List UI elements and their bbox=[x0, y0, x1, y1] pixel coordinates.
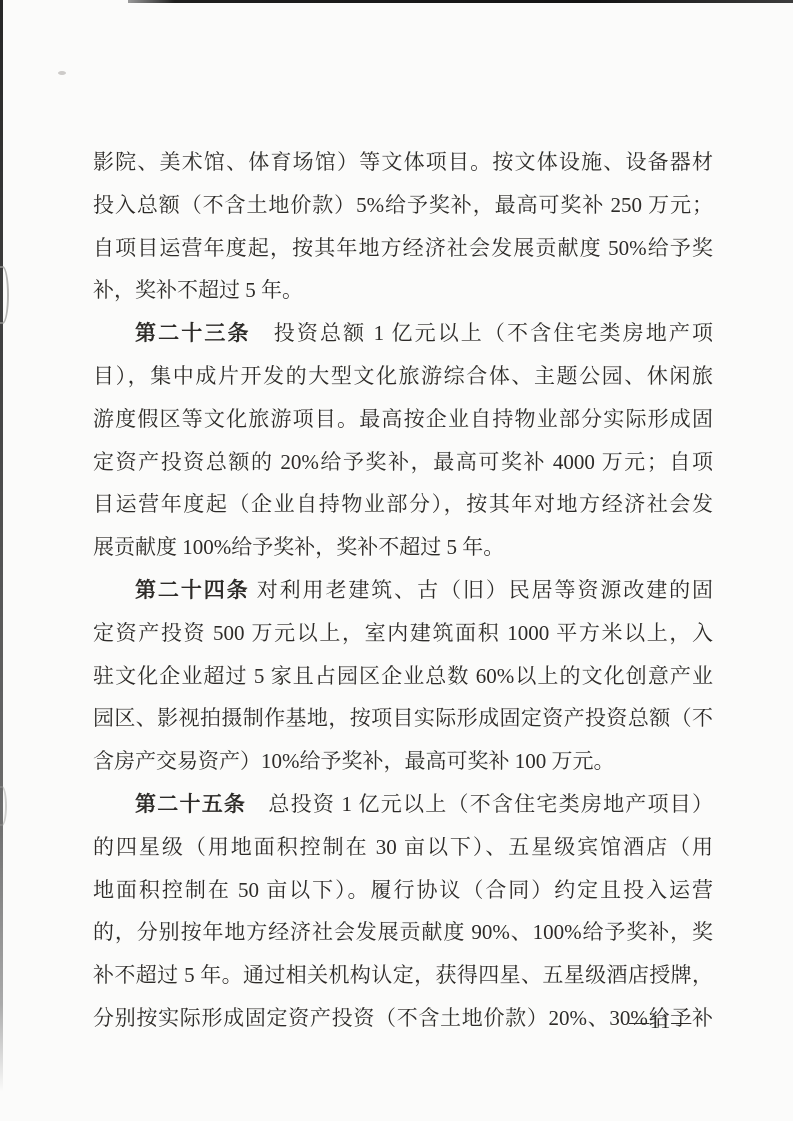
text-line: 影院、美术馆、体育场馆）等文体项目。按文体设施、设备器材 bbox=[93, 141, 713, 184]
scan-artifact-left-edge bbox=[0, 0, 3, 1092]
text-line: 园区、影视拍摄制作基地，按项目实际形成固定资产投资总额（不 bbox=[93, 697, 713, 740]
line-text: 自项目运营年度起，按其年地方经济社会发展贡献度 50%给予奖 bbox=[93, 236, 713, 260]
line-text: 补，奖补不超过 5 年。 bbox=[93, 278, 303, 302]
line-text: 分别按实际形成固定资产投资（不含土地价款）20%、30%给予补 bbox=[93, 1006, 713, 1030]
text-line: 游度假区等文化旅游项目。最高按企业自持物业部分实际形成固 bbox=[93, 398, 713, 441]
line-text: 对利用老建筑、古（旧）民居等资源改建的固 bbox=[250, 578, 713, 602]
line-text: 定资产投资总额的 20%给予奖补，最高可奖补 4000 万元；自项 bbox=[93, 450, 713, 474]
line-text: 地面积控制在 50 亩以下）。履行协议（合同）约定且投入运营 bbox=[93, 878, 713, 902]
article-number: 第二十五条 bbox=[135, 792, 246, 816]
scan-artifact-top-edge bbox=[128, 0, 793, 3]
line-text: 补不超过 5 年。通过相关机构认定，获得四星、五星级酒店授牌， bbox=[93, 963, 713, 987]
text-line: 展贡献度 100%给予奖补，奖补不超过 5 年。 bbox=[93, 526, 713, 569]
line-text: 投入总额（不含土地价款）5%给予奖补，最高可奖补 250 万元； bbox=[93, 193, 713, 217]
text-line: 地面积控制在 50 亩以下）。履行协议（合同）约定且投入运营 bbox=[93, 869, 713, 912]
text-line: 驻文化企业超过 5 家且占园区企业总数 60%以上的文化创意产业 bbox=[93, 655, 713, 698]
text-line: 自项目运营年度起，按其年地方经济社会发展贡献度 50%给予奖 bbox=[93, 227, 713, 270]
line-text: 定资产投资 500 万元以上，室内建筑面积 1000 平方米以上，入 bbox=[93, 621, 713, 645]
text-line: 第二十五条 总投资 1 亿元以上（不含住宅类房地产项目） bbox=[93, 783, 713, 826]
text-line: 定资产投资总额的 20%给予奖补，最高可奖补 4000 万元；自项 bbox=[93, 441, 713, 484]
text-line: 定资产投资 500 万元以上，室内建筑面积 1000 平方米以上，入 bbox=[93, 612, 713, 655]
text-line: 第二十三条 投资总额 1 亿元以上（不含住宅类房地产项 bbox=[93, 312, 713, 355]
line-text: 的，分别按年地方经济社会发展贡献度 90%、100%给予奖补，奖 bbox=[93, 920, 713, 944]
text-line: 第二十四条 对利用老建筑、古（旧）民居等资源改建的固 bbox=[93, 569, 713, 612]
article-number: 第二十三条 bbox=[135, 321, 251, 345]
line-text: 展贡献度 100%给予奖补，奖补不超过 5 年。 bbox=[93, 535, 504, 559]
line-text: 驻文化企业超过 5 家且占园区企业总数 60%以上的文化创意产业 bbox=[93, 664, 713, 688]
text-line: 含房产交易资产）10%给予奖补，最高可奖补 100 万元。 bbox=[93, 740, 713, 783]
document-page: 影院、美术馆、体育场馆）等文体项目。按文体设施、设备器材投入总额（不含土地价款）… bbox=[0, 0, 793, 1121]
line-text: 目运营年度起（企业自持物业部分），按其年对地方经济社会发 bbox=[93, 492, 713, 516]
article-number: 第二十四条 bbox=[135, 578, 250, 602]
line-text: 总投资 1 亿元以上（不含住宅类房地产项目） bbox=[246, 792, 713, 816]
scan-artifact-blob bbox=[0, 786, 7, 826]
text-line: 分别按实际形成固定资产投资（不含土地价款）20%、30%给予补 bbox=[93, 997, 713, 1040]
text-line: 目），集中成片开发的大型文化旅游综合体、主题公园、休闲旅 bbox=[93, 355, 713, 398]
page-number: —11— bbox=[629, 1011, 692, 1034]
line-text: 园区、影视拍摄制作基地，按项目实际形成固定资产投资总额（不 bbox=[93, 706, 713, 730]
line-text: 影院、美术馆、体育场馆）等文体项目。按文体设施、设备器材 bbox=[93, 150, 713, 174]
text-lines: 影院、美术馆、体育场馆）等文体项目。按文体设施、设备器材投入总额（不含土地价款）… bbox=[93, 141, 713, 1040]
line-text: 含房产交易资产）10%给予奖补，最高可奖补 100 万元。 bbox=[93, 749, 615, 773]
scan-artifact-blob bbox=[0, 266, 9, 324]
line-text: 的四星级（用地面积控制在 30 亩以下）、五星级宾馆酒店（用 bbox=[93, 835, 713, 859]
line-text: 投资总额 1 亿元以上（不含住宅类房地产项 bbox=[251, 321, 713, 345]
text-line: 的，分别按年地方经济社会发展贡献度 90%、100%给予奖补，奖 bbox=[93, 911, 713, 954]
text-line: 补，奖补不超过 5 年。 bbox=[93, 269, 713, 312]
scan-artifact-speck bbox=[58, 71, 66, 75]
text-line: 补不超过 5 年。通过相关机构认定，获得四星、五星级酒店授牌， bbox=[93, 954, 713, 997]
text-line: 目运营年度起（企业自持物业部分），按其年对地方经济社会发 bbox=[93, 483, 713, 526]
line-text: 目），集中成片开发的大型文化旅游综合体、主题公园、休闲旅 bbox=[93, 364, 713, 388]
text-line: 的四星级（用地面积控制在 30 亩以下）、五星级宾馆酒店（用 bbox=[93, 826, 713, 869]
line-text: 游度假区等文化旅游项目。最高按企业自持物业部分实际形成固 bbox=[93, 407, 713, 431]
text-line: 投入总额（不含土地价款）5%给予奖补，最高可奖补 250 万元； bbox=[93, 184, 713, 227]
